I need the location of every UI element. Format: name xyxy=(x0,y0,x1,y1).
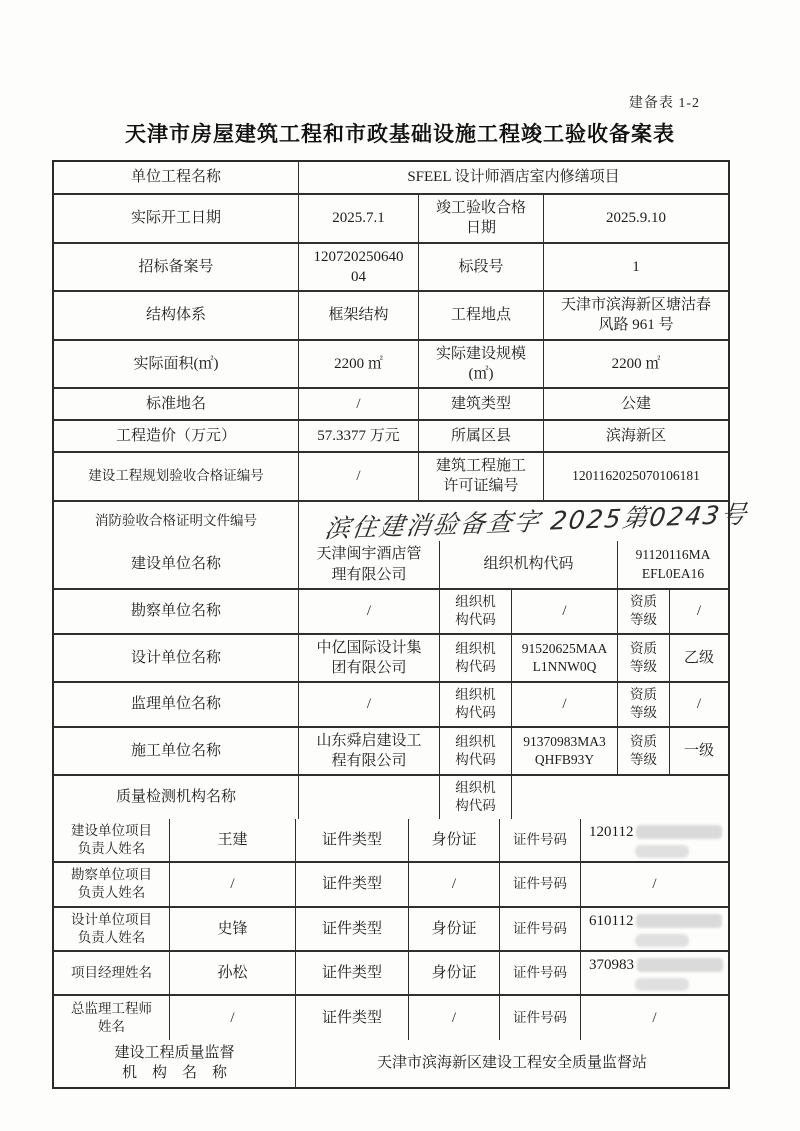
design-unit-label: 设计单位名称 xyxy=(54,635,299,682)
form-code: 建备表 1-2 xyxy=(629,92,700,112)
chief-supervisor-label: 总监理工程师 姓名 xyxy=(54,996,170,1040)
design-code-value: 91520625MAA L1NNW0Q xyxy=(512,635,618,682)
quality-test-label: 质量检测机构名称 xyxy=(54,776,299,818)
table-row: 总监理工程师 姓名 / 证件类型 / 证件号码 / xyxy=(54,996,728,1040)
project-manager-name: 孙松 xyxy=(170,952,296,994)
bid-record-label: 招标备案号 xyxy=(54,244,299,291)
scale-label: 实际建设规模 (㎡) xyxy=(419,341,544,388)
design-unit-name: 中亿国际设计集 团有限公司 xyxy=(299,635,440,682)
survey-manager-idno-value: / xyxy=(581,863,728,905)
owner-manager-idno-label: 证件号码 xyxy=(500,819,581,861)
fire-cert-handwritten-value: 滨住建消验备查字 2025第0243号 xyxy=(299,502,728,542)
design-grade-value: 乙级 xyxy=(670,635,728,682)
contractor-grade-value: 一级 xyxy=(670,728,728,775)
survey-code-label: 组织机 构代码 xyxy=(440,590,512,633)
design-manager-idtype-value: 身份证 xyxy=(409,908,500,950)
contractor-code-label: 组织机 构代码 xyxy=(440,728,512,775)
supervisor-unit-label: 监理单位名称 xyxy=(54,683,299,725)
table-row: 设计单位项目 负责人姓名 史锋 证件类型 身份证 证件号码 610112 xyxy=(54,908,728,952)
structure-label: 结构体系 xyxy=(54,292,299,339)
table-row: 建设单位项目 负责人姓名 王建 证件类型 身份证 证件号码 120112 xyxy=(54,819,728,863)
design-manager-idno-value: 610112 xyxy=(581,908,728,950)
permit-label: 建筑工程施工 许可证编号 xyxy=(419,453,544,500)
location-value: 天津市滨海新区塘沽春 风路 961 号 xyxy=(544,292,728,339)
supervision-station-label: 建设工程质量监督 机 构 名 称 xyxy=(54,1040,296,1087)
supervision-station-value: 天津市滨海新区建设工程安全质量监督站 xyxy=(296,1040,728,1087)
owner-code-value: 91120116MA EFL0EA16 xyxy=(618,541,728,588)
area-value: 2200 ㎡ xyxy=(299,341,419,388)
owner-manager-label: 建设单位项目 负责人姓名 xyxy=(54,819,170,861)
table-row: 建设工程质量监督 机 构 名 称 天津市滨海新区建设工程安全质量监督站 xyxy=(54,1040,728,1087)
id-number-prefix: 120112 xyxy=(589,822,633,842)
handwriting-text: 滨住建消验备查字 2025第0243号 xyxy=(323,497,751,546)
owner-manager-name: 王建 xyxy=(170,819,296,861)
bid-record-value: 120720250640 04 xyxy=(299,244,419,291)
table-row: 设计单位名称 中亿国际设计集 团有限公司 组织机 构代码 91520625MAA… xyxy=(54,635,728,684)
table-row: 建设单位名称 天津闽宇酒店管 理有限公司 组织机构代码 91120116MA E… xyxy=(54,541,728,590)
district-value: 滨海新区 xyxy=(544,421,728,451)
owner-manager-idtype-value: 身份证 xyxy=(409,819,500,861)
design-grade-label: 资质 等级 xyxy=(618,635,670,682)
standard-name-label: 标准地名 xyxy=(54,389,299,419)
owner-manager-idtype-label: 证件类型 xyxy=(296,819,409,861)
accept-date-label: 竣工验收合格 日期 xyxy=(419,195,544,242)
project-manager-idno-label: 证件号码 xyxy=(500,952,581,994)
planning-cert-label: 建设工程规划验收合格证编号 xyxy=(54,453,299,500)
chief-supervisor-idtype-value: / xyxy=(409,996,500,1040)
bid-section-value: 1 xyxy=(544,244,728,291)
permit-value: 1201162025070106181 xyxy=(544,453,728,500)
scale-value: 2200 ㎡ xyxy=(544,341,728,388)
table-row: 招标备案号 120720250640 04 标段号 1 xyxy=(54,244,728,293)
start-date-label: 实际开工日期 xyxy=(54,195,299,242)
table-row: 勘察单位项目 负责人姓名 / 证件类型 / 证件号码 / xyxy=(54,863,728,907)
quality-test-code-label: 组织机 构代码 xyxy=(440,776,512,818)
cost-value: 57.3377 万元 xyxy=(299,421,419,451)
design-manager-idtype-label: 证件类型 xyxy=(296,908,409,950)
section-persons: 建设单位项目 负责人姓名 王建 证件类型 身份证 证件号码 120112 勘察单… xyxy=(54,819,728,1041)
table-row: 勘察单位名称 / 组织机 构代码 / 资质 等级 / xyxy=(54,590,728,635)
owner-unit-label: 建设单位名称 xyxy=(54,541,299,588)
bid-section-label: 标段号 xyxy=(419,244,544,291)
table-row: 标准地名 / 建筑类型 公建 xyxy=(54,389,728,421)
design-manager-idno-label: 证件号码 xyxy=(500,908,581,950)
quality-test-code-value xyxy=(512,776,728,818)
survey-manager-idtype-label: 证件类型 xyxy=(296,863,409,905)
supervisor-grade-value: / xyxy=(670,683,728,725)
table-row: 建设工程规划验收合格证编号 / 建筑工程施工 许可证编号 12011620250… xyxy=(54,453,728,502)
project-manager-idtype-label: 证件类型 xyxy=(296,952,409,994)
contractor-unit-name: 山东舜启建设工 程有限公司 xyxy=(299,728,440,775)
redaction-blur xyxy=(636,914,722,928)
table-row: 质量检测机构名称 组织机 构代码 xyxy=(54,776,728,818)
survey-unit-name: / xyxy=(299,590,440,633)
area-label: 实际面积(㎡) xyxy=(54,341,299,388)
building-type-value: 公建 xyxy=(544,389,728,419)
id-number-prefix: 610112 xyxy=(589,911,633,931)
survey-manager-name: / xyxy=(170,863,296,905)
chief-supervisor-idno-value: / xyxy=(581,996,728,1040)
quality-test-name xyxy=(299,776,440,818)
redaction-blur xyxy=(636,825,722,839)
table-row: 项目经理姓名 孙松 证件类型 身份证 证件号码 370983 xyxy=(54,952,728,996)
project-manager-label: 项目经理姓名 xyxy=(54,952,170,994)
location-label: 工程地点 xyxy=(419,292,544,339)
building-type-label: 建筑类型 xyxy=(419,389,544,419)
project-manager-idno-value: 370983 xyxy=(581,952,728,994)
table-row: 工程造价（万元） 57.3377 万元 所属区县 滨海新区 xyxy=(54,421,728,453)
contractor-code-value: 91370983MA3 QHFB93Y xyxy=(512,728,618,775)
accept-date-value: 2025.9.10 xyxy=(544,195,728,242)
survey-manager-idtype-value: / xyxy=(409,863,500,905)
owner-code-label: 组织机构代码 xyxy=(440,541,618,588)
survey-grade-value: / xyxy=(670,590,728,633)
table-row: 消防验收合格证明文件编号 滨住建消验备查字 2025第0243号 xyxy=(54,502,728,542)
filing-form-table: 单位工程名称 SFEEL 设计师酒店室内修缮项目 实际开工日期 2025.7.1… xyxy=(52,160,730,1089)
supervisor-unit-name: / xyxy=(299,683,440,725)
redaction-blur xyxy=(635,978,689,991)
redaction-blur xyxy=(635,934,689,947)
chief-supervisor-idno-label: 证件号码 xyxy=(500,996,581,1040)
start-date-value: 2025.7.1 xyxy=(299,195,419,242)
owner-manager-idno-value: 120112 xyxy=(581,819,728,861)
table-row: 结构体系 框架结构 工程地点 天津市滨海新区塘沽春 风路 961 号 xyxy=(54,292,728,341)
cost-label: 工程造价（万元） xyxy=(54,421,299,451)
structure-value: 框架结构 xyxy=(299,292,419,339)
table-row: 实际开工日期 2025.7.1 竣工验收合格 日期 2025.9.10 xyxy=(54,195,728,244)
section-units: 建设单位名称 天津闽宇酒店管 理有限公司 组织机构代码 91120116MA E… xyxy=(54,541,728,818)
standard-name-value: / xyxy=(299,389,419,419)
design-code-label: 组织机 构代码 xyxy=(440,635,512,682)
scanned-form-page: 建备表 1-2 天津市房屋建筑工程和市政基础设施工程竣工验收备案表 单位工程名称… xyxy=(0,0,800,1131)
contractor-unit-label: 施工单位名称 xyxy=(54,728,299,775)
survey-code-value: / xyxy=(512,590,618,633)
chief-supervisor-idtype-label: 证件类型 xyxy=(296,996,409,1040)
page-title: 天津市房屋建筑工程和市政基础设施工程竣工验收备案表 xyxy=(0,118,800,148)
survey-manager-label: 勘察单位项目 负责人姓名 xyxy=(54,863,170,905)
supervisor-code-label: 组织机 构代码 xyxy=(440,683,512,725)
table-row: 单位工程名称 SFEEL 设计师酒店室内修缮项目 xyxy=(54,162,728,195)
redaction-blur xyxy=(635,845,689,858)
table-row: 施工单位名称 山东舜启建设工 程有限公司 组织机 构代码 91370983MA3… xyxy=(54,728,728,777)
planning-cert-value: / xyxy=(299,453,419,500)
supervisor-grade-label: 资质 等级 xyxy=(618,683,670,725)
survey-unit-label: 勘察单位名称 xyxy=(54,590,299,633)
design-manager-label: 设计单位项目 负责人姓名 xyxy=(54,908,170,950)
section-supervision-station: 建设工程质量监督 机 构 名 称 天津市滨海新区建设工程安全质量监督站 xyxy=(54,1040,728,1087)
unit-project-value: SFEEL 设计师酒店室内修缮项目 xyxy=(299,162,728,193)
survey-grade-label: 资质 等级 xyxy=(618,590,670,633)
redaction-blur xyxy=(637,958,723,972)
id-number-prefix: 370983 xyxy=(589,955,634,975)
fire-cert-label: 消防验收合格证明文件编号 xyxy=(54,502,299,542)
contractor-grade-label: 资质 等级 xyxy=(618,728,670,775)
supervisor-code-value: / xyxy=(512,683,618,725)
design-manager-name: 史锋 xyxy=(170,908,296,950)
district-label: 所属区县 xyxy=(419,421,544,451)
unit-project-label: 单位工程名称 xyxy=(54,162,299,193)
table-row: 监理单位名称 / 组织机 构代码 / 资质 等级 / xyxy=(54,683,728,727)
owner-unit-name: 天津闽宇酒店管 理有限公司 xyxy=(299,541,440,588)
chief-supervisor-name: / xyxy=(170,996,296,1040)
section-project-info: 单位工程名称 SFEEL 设计师酒店室内修缮项目 实际开工日期 2025.7.1… xyxy=(54,162,728,541)
table-row: 实际面积(㎡) 2200 ㎡ 实际建设规模 (㎡) 2200 ㎡ xyxy=(54,341,728,390)
project-manager-idtype-value: 身份证 xyxy=(409,952,500,994)
survey-manager-idno-label: 证件号码 xyxy=(500,863,581,905)
